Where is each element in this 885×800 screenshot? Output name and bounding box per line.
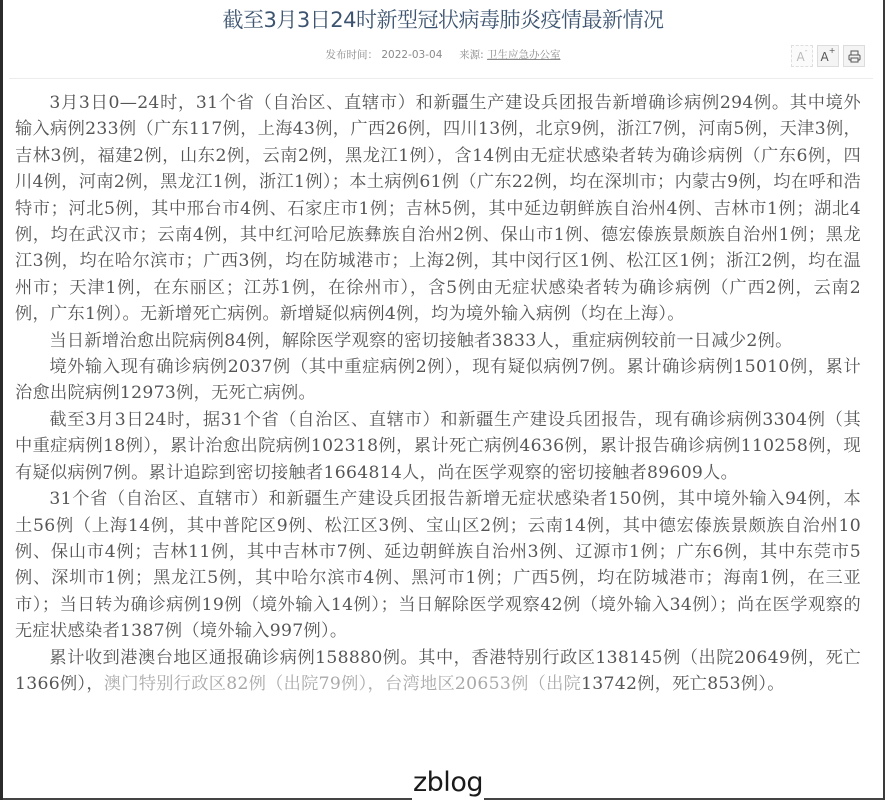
paragraph-asymptomatic: 31个省（自治区、直辖市）和新疆生产建设兵团报告新增无症状感染者150例，其中境… — [15, 486, 861, 644]
font-increase-icon: A+ — [821, 49, 836, 64]
paragraph-imported: 境外输入现有确诊病例2037例（其中重症病例2例），现有疑似病例7例。累计确诊病… — [15, 354, 861, 407]
header-divider — [9, 78, 873, 79]
paragraph-hk-macao-taiwan: 累计收到港澳台地区通报确诊病例158880例。其中，香港特别行政区138145例… — [15, 645, 861, 698]
font-increase-button[interactable]: A+ — [817, 45, 839, 67]
source-label: 来源: — [459, 49, 484, 61]
article-meta: 发布时间： 2022-03-04 来源: 卫生应急办公室 — [3, 47, 883, 62]
paragraph-cumulative: 截至3月3日24时，据31个省（自治区、直辖市）和新疆生产建设兵团报告，现有确诊… — [15, 407, 861, 486]
print-button[interactable] — [843, 45, 865, 67]
publish-date: 2022-03-04 — [381, 49, 442, 61]
article-title: 截至3月3日24时新型冠状病毒肺炎疫情最新情况 — [3, 4, 883, 34]
publish-label: 发布时间： — [326, 49, 379, 61]
hmt-text-part2: 澳门特别行政区82例（出院79例），台湾地区20653例（出院 — [104, 674, 581, 694]
font-decrease-icon: A- — [796, 49, 807, 64]
source-link[interactable]: 卫生应急办公室 — [487, 49, 561, 61]
paragraph-recoveries: 当日新增治愈出院病例84例，解除医学观察的密切接触者3833人，重症病例较前一日… — [15, 328, 861, 354]
paragraph-new-cases: 3月3日0—24时，31个省（自治区、直辖市）和新疆生产建设兵团报告新增确诊病例… — [15, 90, 861, 328]
font-decrease-button[interactable]: A- — [791, 45, 813, 67]
page-frame: 截至3月3日24时新型冠状病毒肺炎疫情最新情况 发布时间： 2022-03-04… — [0, 0, 885, 800]
watermark: zblog — [412, 766, 484, 800]
article-body: 3月3日0—24时，31个省（自治区、直辖市）和新疆生产建设兵团报告新增确诊病例… — [15, 90, 861, 697]
article-toolbar: A- A+ — [791, 45, 865, 67]
hmt-text-part3: 13742例，死亡853例）。 — [581, 674, 785, 694]
printer-icon — [848, 50, 861, 63]
